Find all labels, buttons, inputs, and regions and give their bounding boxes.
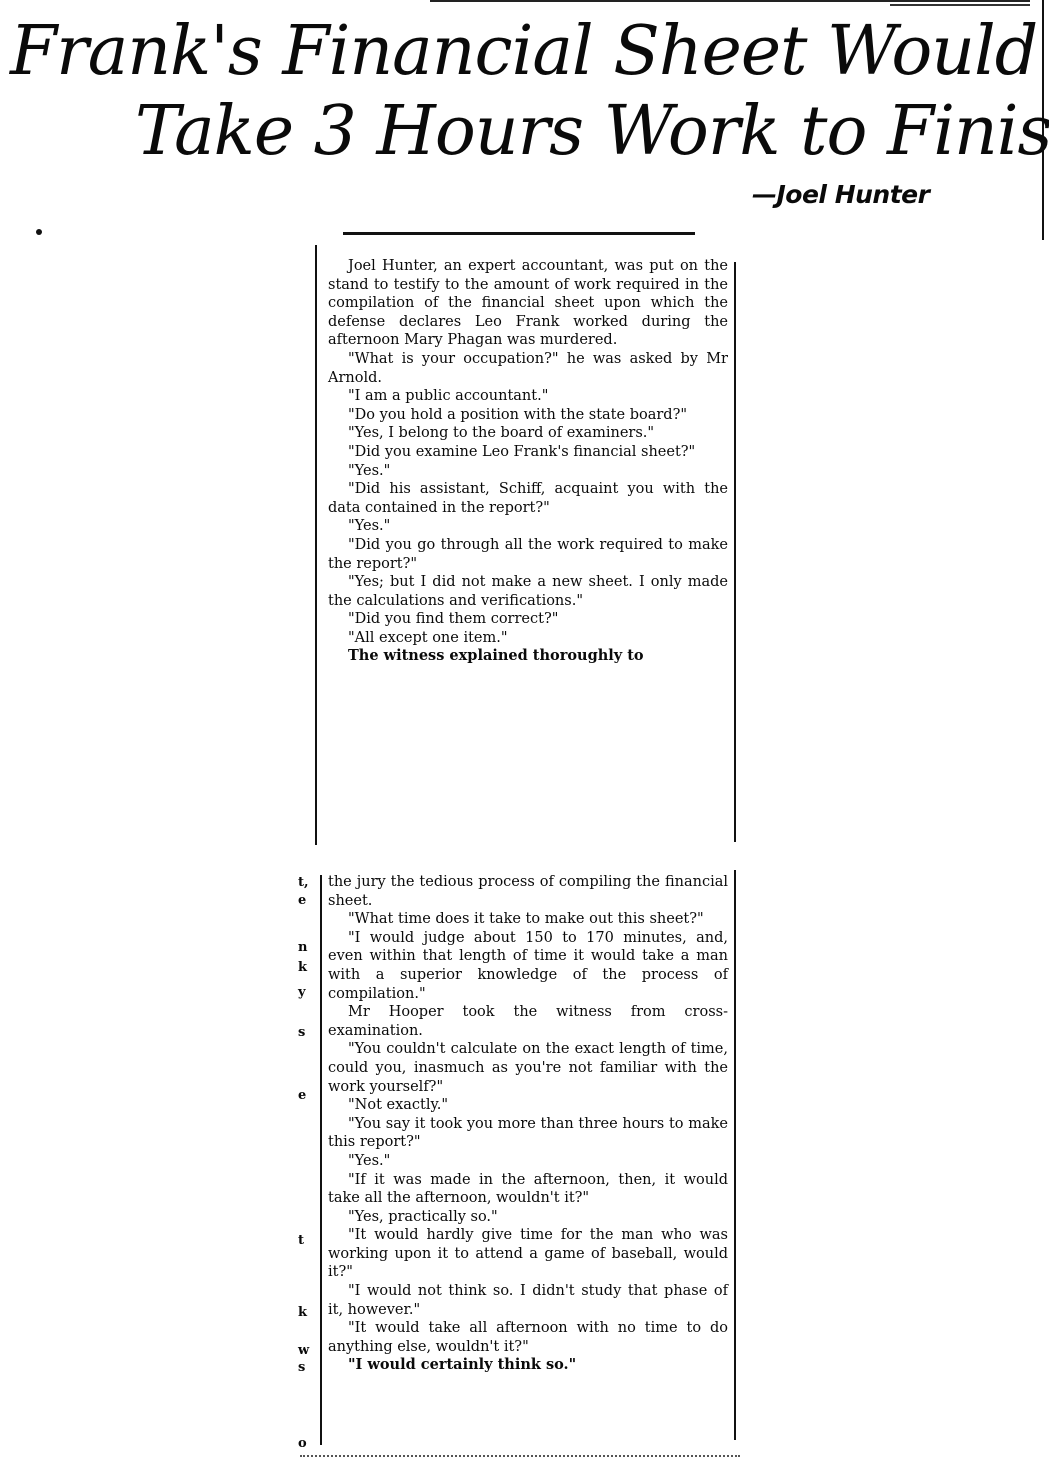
paragraph: "Yes." — [328, 517, 728, 536]
paragraph: "Do you hold a position with the state b… — [328, 406, 728, 425]
byline: —Joel Hunter — [752, 180, 929, 209]
paragraph: Joel Hunter, an expert accountant, was p… — [328, 257, 728, 350]
adjacent-column-fragment: e — [298, 893, 306, 908]
paragraph: "Not exactly." — [328, 1096, 728, 1115]
article-body-column-2: the jury the tedious process of compilin… — [328, 873, 728, 1375]
paragraph: "It would hardly give time for the man w… — [328, 1226, 728, 1282]
headline-separator-rule — [343, 232, 695, 235]
paragraph: "What is your occupation?" he was asked … — [328, 350, 728, 387]
headline-line-2: Take 3 Hours Work to Finish — [135, 98, 1049, 166]
paragraph: "What time does it take to make out this… — [328, 910, 728, 929]
adjacent-column-fragment: o — [298, 1436, 307, 1451]
adjacent-column-fragment: n — [298, 940, 307, 955]
adjacent-column-fragment: t — [298, 1233, 304, 1248]
paragraph: The witness explained thoroughly to — [328, 647, 728, 666]
adjacent-column-fragment: s — [298, 1360, 305, 1375]
print-noise — [300, 1455, 740, 1459]
paragraph: the jury the tedious process of compilin… — [328, 873, 728, 910]
paragraph: "You say it took you more than three hou… — [328, 1115, 728, 1152]
paragraph: "Yes, practically so." — [328, 1208, 728, 1227]
top-border-rule — [430, 0, 1030, 2]
column-right-rule — [734, 262, 736, 842]
adjacent-column-fragment: y — [298, 985, 306, 1000]
paragraph: "Yes, I belong to the board of examiners… — [328, 424, 728, 443]
paragraph: Mr Hooper took the witness from cross-ex… — [328, 1003, 728, 1040]
top-border-rule-right — [890, 4, 1030, 6]
adjacent-column-fragment: k — [298, 960, 307, 975]
adjacent-column-fragment: s — [298, 1025, 305, 1040]
paragraph: "I would certainly think so." — [328, 1356, 728, 1375]
paragraph: "Did you find them correct?" — [328, 610, 728, 629]
paragraph: "Did you go through all the work require… — [328, 536, 728, 573]
adjacent-column-fragment: e — [298, 1088, 306, 1103]
paragraph: "I am a public accountant." — [328, 387, 728, 406]
adjacent-column-fragment: w — [298, 1343, 309, 1358]
paragraph: "If it was made in the afternoon, then, … — [328, 1171, 728, 1208]
column-right-rule-lower — [734, 870, 736, 1440]
paragraph: "Yes." — [328, 1152, 728, 1171]
paragraph: "I would not think so. I didn't study th… — [328, 1282, 728, 1319]
article-body-column-1: Joel Hunter, an expert accountant, was p… — [328, 257, 728, 666]
paragraph: "Yes." — [328, 462, 728, 481]
paragraph: "Did you examine Leo Frank's financial s… — [328, 443, 728, 462]
adjacent-column-fragment: k — [298, 1305, 307, 1320]
column-left-rule — [315, 245, 317, 845]
paragraph: "It would take all afternoon with no tim… — [328, 1319, 728, 1356]
paragraph: "All except one item." — [328, 629, 728, 648]
adjacent-column-fragment: t, — [298, 875, 309, 890]
headline-line-1: Frank's Financial Sheet Would — [10, 18, 1037, 86]
ink-speck — [36, 229, 42, 235]
column-left-rule-lower — [320, 875, 322, 1445]
paragraph: "Yes; but I did not make a new sheet. I … — [328, 573, 728, 610]
paragraph: "You couldn't calculate on the exact len… — [328, 1040, 728, 1096]
paragraph: "I would judge about 150 to 170 minutes,… — [328, 929, 728, 1003]
paragraph: "Did his assistant, Schiff, acquaint you… — [328, 480, 728, 517]
